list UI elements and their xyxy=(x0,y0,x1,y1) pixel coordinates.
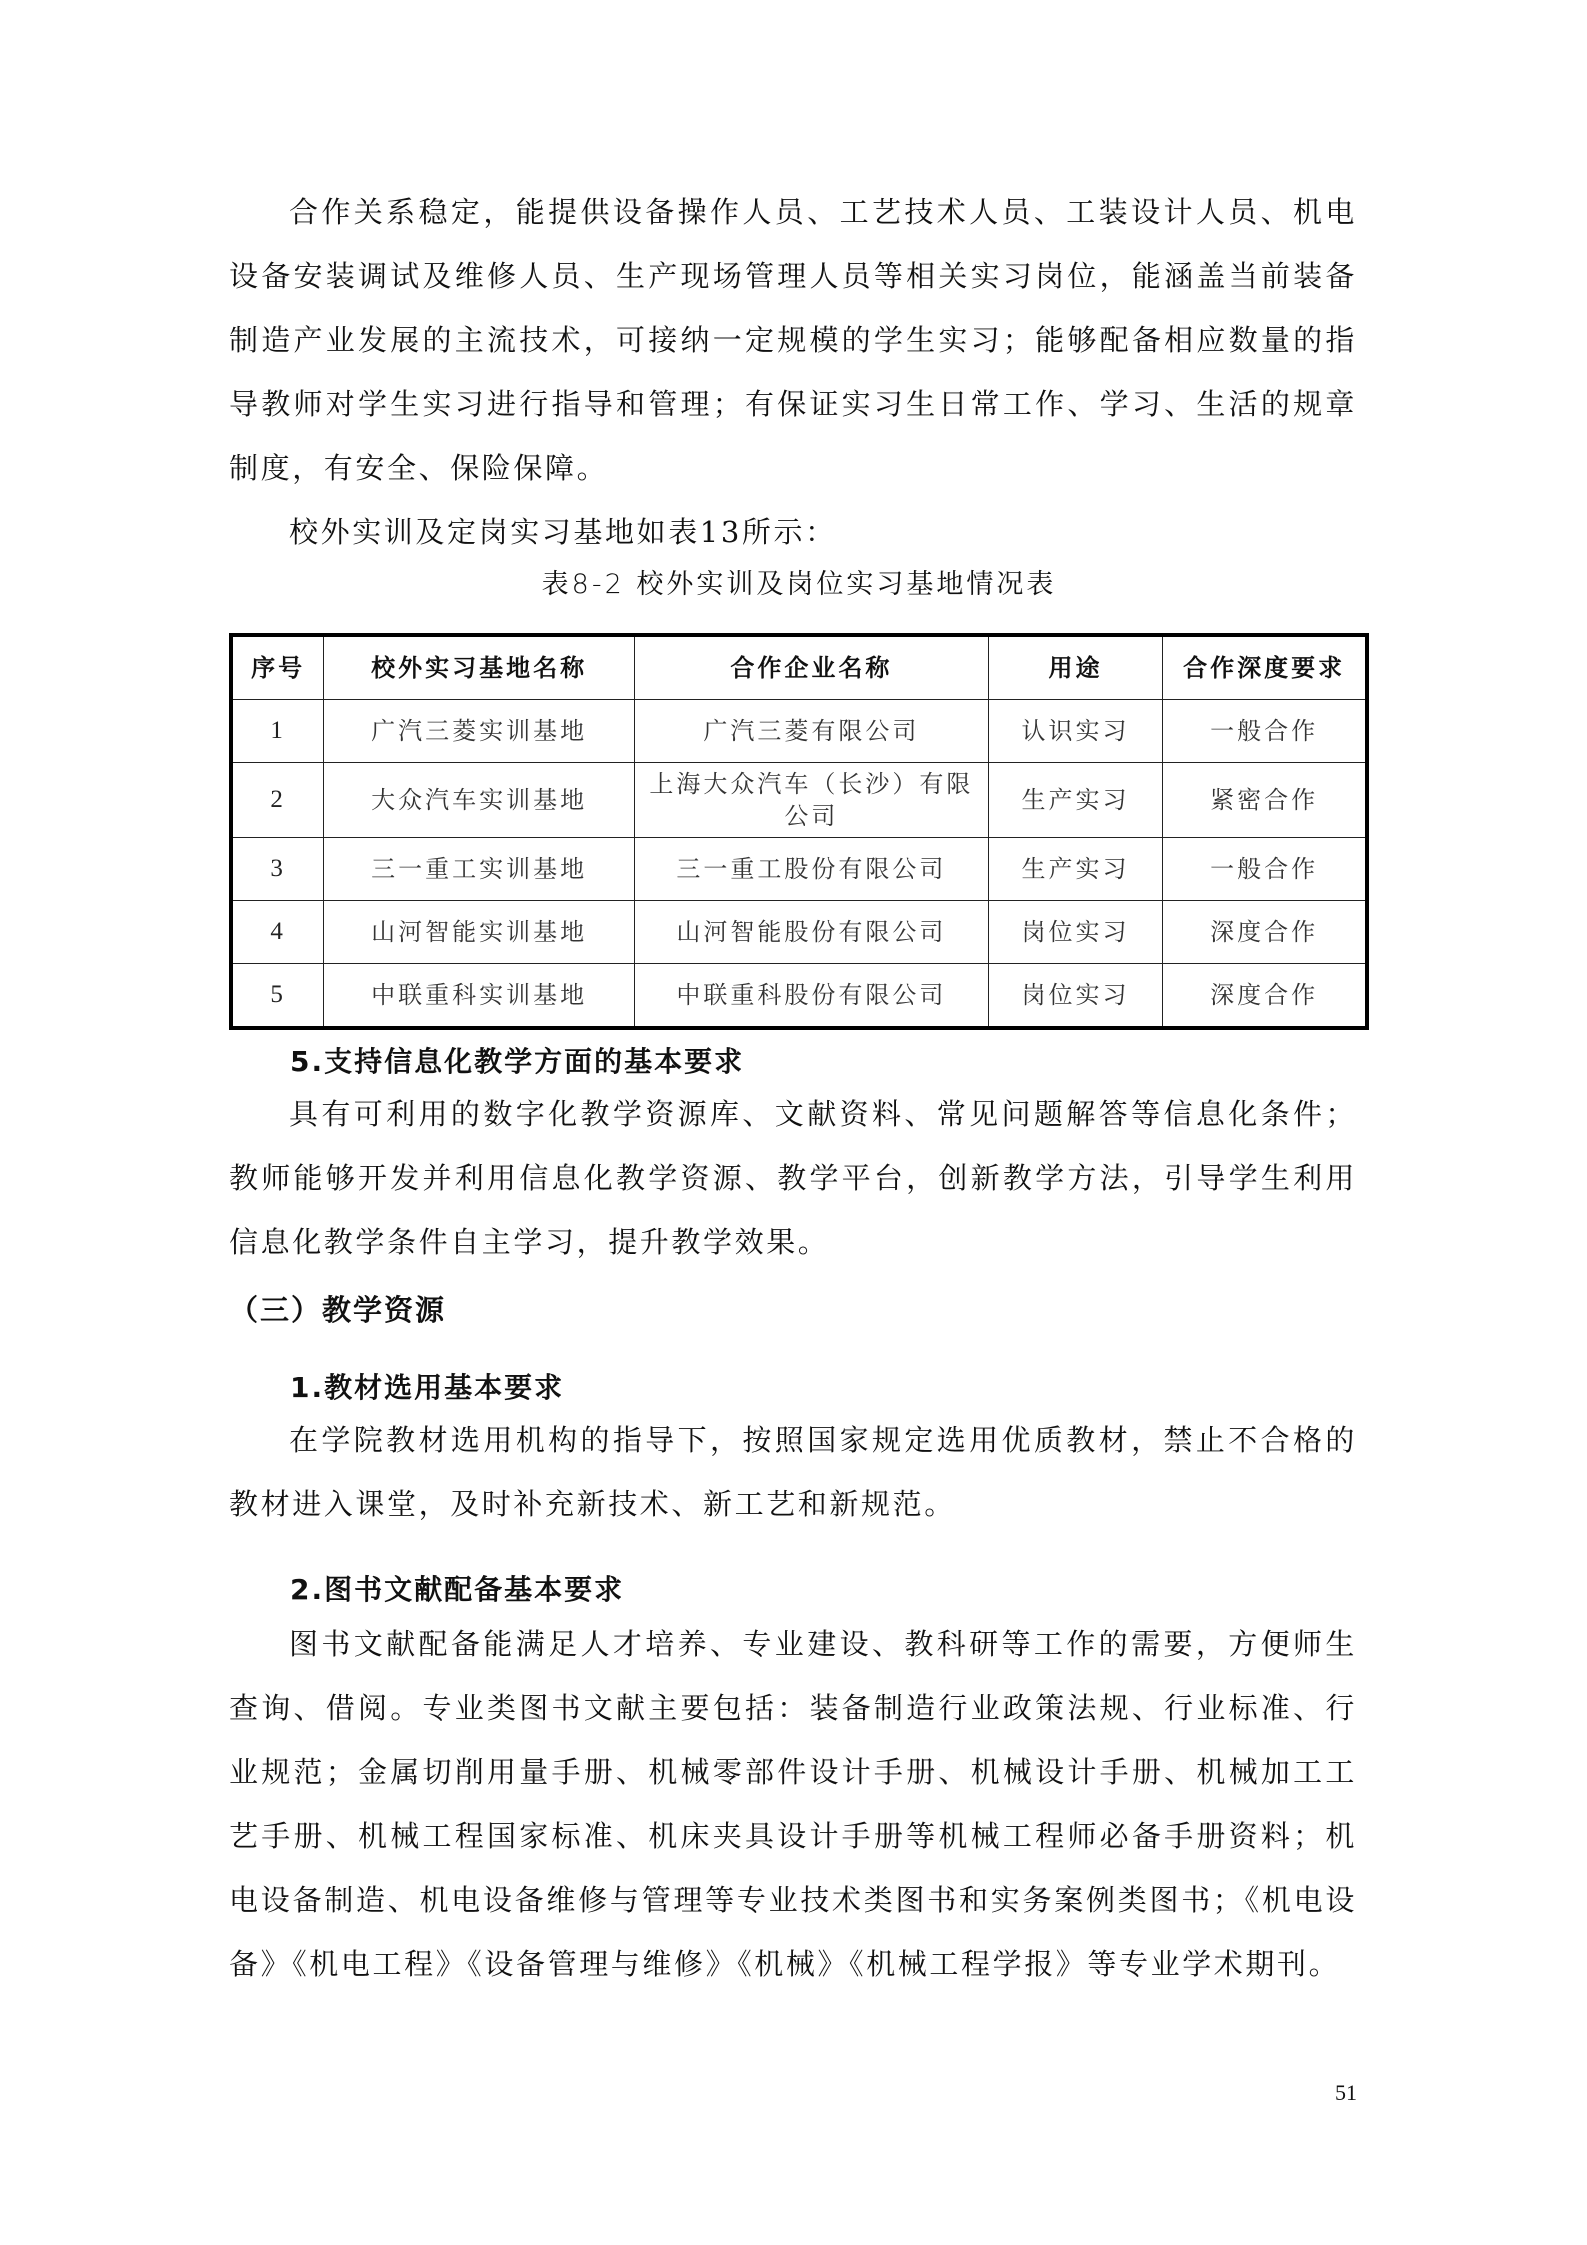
table-row: 3 三一重工实训基地 三一重工股份有限公司 生产实习 一般合作 xyxy=(231,838,1367,901)
page-number: 51 xyxy=(1335,2080,1357,2106)
table-row: 4 山河智能实训基地 山河智能股份有限公司 岗位实习 深度合作 xyxy=(231,901,1367,964)
cell-cooperation-depth: 紧密合作 xyxy=(1163,763,1367,838)
cell-company-name: 中联重科股份有限公司 xyxy=(635,964,989,1029)
cell-cooperation-depth: 深度合作 xyxy=(1163,964,1367,1029)
cell-index: 4 xyxy=(231,901,324,964)
cell-company-name: 上海大众汽车（长沙）有限公司 xyxy=(635,763,989,838)
cell-index: 1 xyxy=(231,700,324,763)
header-company-name: 合作企业名称 xyxy=(635,635,989,700)
cell-base-name: 山河智能实训基地 xyxy=(324,901,635,964)
table-caption: 表8-2 校外实训及岗位实习基地情况表 xyxy=(229,565,1369,605)
cell-index: 2 xyxy=(231,763,324,838)
heading-teaching-resources: （三）教学资源 xyxy=(229,1290,446,1330)
internship-bases-table: 序号 校外实习基地名称 合作企业名称 用途 合作深度要求 1 广汽三菱实训基地 … xyxy=(229,633,1369,1030)
table-row: 2 大众汽车实训基地 上海大众汽车（长沙）有限公司 生产实习 紧密合作 xyxy=(231,763,1367,838)
cell-purpose: 岗位实习 xyxy=(988,964,1162,1029)
heading-textbook-selection: 1.教材选用基本要求 xyxy=(290,1368,564,1408)
cell-base-name: 三一重工实训基地 xyxy=(324,838,635,901)
heading-library-resources: 2.图书文献配备基本要求 xyxy=(290,1570,624,1610)
header-base-name: 校外实习基地名称 xyxy=(324,635,635,700)
paragraph-library-resources: 图书文献配备能满足人才培养、专业建设、教科研等工作的需要，方便师生查询、借阅。专… xyxy=(229,1612,1357,1996)
cell-index: 3 xyxy=(231,838,324,901)
cell-cooperation-depth: 深度合作 xyxy=(1163,901,1367,964)
cell-purpose: 认识实习 xyxy=(988,700,1162,763)
heading-info-teaching: 5.支持信息化教学方面的基本要求 xyxy=(290,1042,744,1082)
paragraph-info-teaching: 具有可利用的数字化教学资源库、文献资料、常见问题解答等信息化条件；教师能够开发并… xyxy=(229,1082,1357,1274)
cell-purpose: 生产实习 xyxy=(988,763,1162,838)
cell-company-name: 山河智能股份有限公司 xyxy=(635,901,989,964)
cell-base-name: 广汽三菱实训基地 xyxy=(324,700,635,763)
cell-company-name: 广汽三菱有限公司 xyxy=(635,700,989,763)
cell-purpose: 生产实习 xyxy=(988,838,1162,901)
paragraph-textbook-selection: 在学院教材选用机构的指导下，按照国家规定选用优质教材，禁止不合格的教材进入课堂，… xyxy=(229,1408,1357,1536)
cell-cooperation-depth: 一般合作 xyxy=(1163,700,1367,763)
cell-cooperation-depth: 一般合作 xyxy=(1163,838,1367,901)
table-row: 1 广汽三菱实训基地 广汽三菱有限公司 认识实习 一般合作 xyxy=(231,700,1367,763)
paragraph-internship-requirements: 合作关系稳定，能提供设备操作人员、工艺技术人员、工装设计人员、机电设备安装调试及… xyxy=(229,180,1357,500)
header-purpose: 用途 xyxy=(988,635,1162,700)
paragraph-table-intro: 校外实训及定岗实习基地如表13所示： xyxy=(229,500,1357,564)
header-index: 序号 xyxy=(231,635,324,700)
cell-company-name: 三一重工股份有限公司 xyxy=(635,838,989,901)
cell-base-name: 中联重科实训基地 xyxy=(324,964,635,1029)
table-row: 5 中联重科实训基地 中联重科股份有限公司 岗位实习 深度合作 xyxy=(231,964,1367,1029)
cell-index: 5 xyxy=(231,964,324,1029)
cell-base-name: 大众汽车实训基地 xyxy=(324,763,635,838)
header-cooperation-depth: 合作深度要求 xyxy=(1163,635,1367,700)
cell-purpose: 岗位实习 xyxy=(988,901,1162,964)
table-header-row: 序号 校外实习基地名称 合作企业名称 用途 合作深度要求 xyxy=(231,635,1367,700)
